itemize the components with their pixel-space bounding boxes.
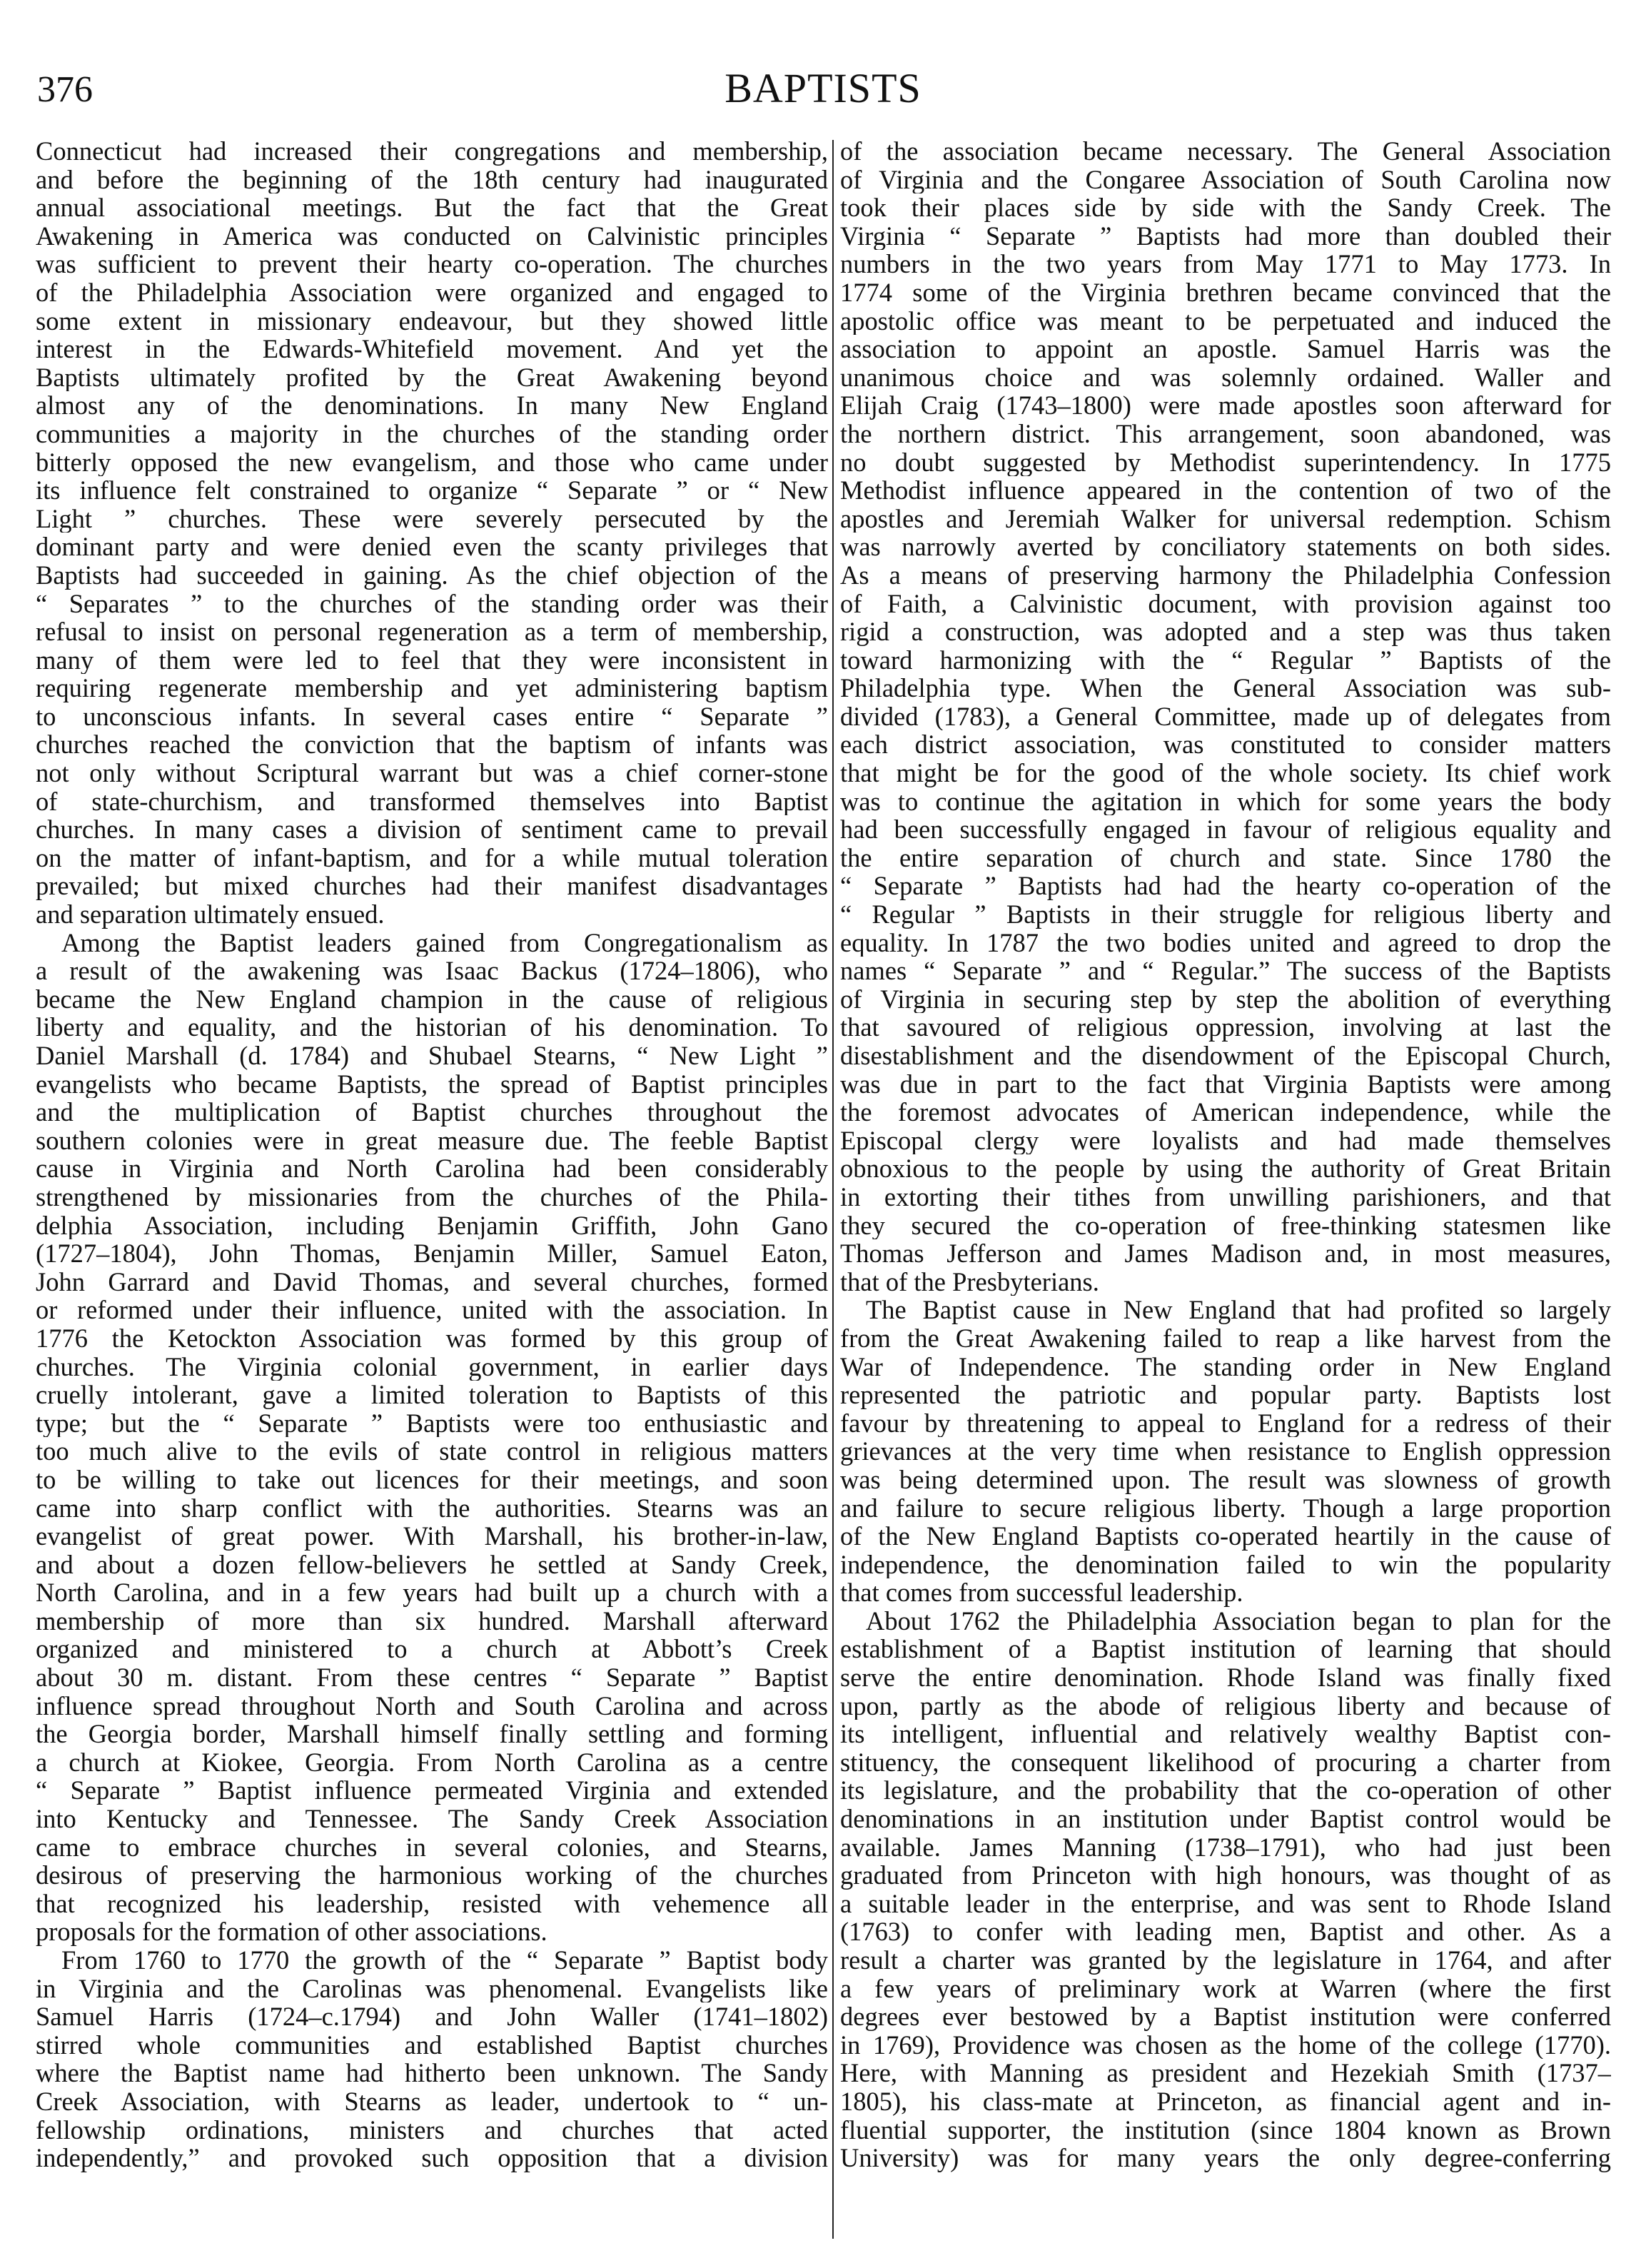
text-line: became the New England champion in the c… [36, 985, 828, 1014]
text-line: that might be for the good of the whole … [840, 759, 1611, 787]
text-line: annual associational meetings. But the f… [36, 193, 828, 222]
text-line: fluential supporter, the institution (si… [840, 2116, 1611, 2144]
text-line: took their places side by side with the … [840, 193, 1611, 222]
text-line: liberty and equality, and the historian … [36, 1013, 828, 1042]
text-line: the Georgia border, Marshall himself fin… [36, 1720, 828, 1748]
text-line: no doubt suggested by Methodist superint… [840, 448, 1611, 477]
text-line: churches reached the conviction that the… [36, 730, 828, 759]
text-line: names “ Separate ” and “ Regular.” The s… [840, 957, 1611, 985]
text-line: divided (1783), a General Committee, mad… [840, 702, 1611, 731]
text-line: degrees ever bestowed by a Baptist insti… [840, 2002, 1611, 2031]
text-line: independence, the denomination failed to… [840, 1551, 1611, 1579]
text-line: bitterly opposed the new evangelism, and… [36, 448, 828, 477]
text-line: association to appoint an apostle. Samue… [840, 335, 1611, 363]
text-line: communities a majority in the churches o… [36, 420, 828, 448]
text-line: toward harmonizing with the “ Regular ” … [840, 646, 1611, 675]
text-line: Episcopal clergy were loyalists and had … [840, 1127, 1611, 1155]
text-line: independently,” and provoked such opposi… [36, 2144, 828, 2172]
text-line: its legislature, and the probability tha… [840, 1776, 1611, 1805]
text-line: of Faith, a Calvinistic document, with p… [840, 590, 1611, 618]
left-column: Connecticut had increased their congrega… [36, 137, 828, 2172]
text-line: John Garrard and David Thomas, and sever… [36, 1268, 828, 1296]
text-line: its influence felt constrained to organi… [36, 476, 828, 505]
running-title: BAPTISTS [0, 66, 1646, 111]
text-line: Virginia “ Separate ” Baptists had more … [840, 222, 1611, 251]
text-line: many of them were led to feel that they … [36, 646, 828, 675]
text-line: was sufficient to prevent their hearty c… [36, 250, 828, 278]
text-line: disestablishment and the disendowment of… [840, 1042, 1611, 1070]
text-line: churches. The Virginia colonial governme… [36, 1353, 828, 1381]
text-line: its intelligent, influential and relativ… [840, 1720, 1611, 1748]
text-line: represented the patriotic and popular pa… [840, 1381, 1611, 1409]
text-line: of the New England Baptists co-operated … [840, 1522, 1611, 1551]
text-line: Baptists had succeeded in gaining. As th… [36, 561, 828, 590]
text-line: from the Great Awakening failed to reap … [840, 1324, 1611, 1353]
text-line: of the association became necessary. The… [840, 137, 1611, 166]
text-line: a suitable leader in the enterprise, and… [840, 1890, 1611, 1918]
text-line: graduated from Princeton with high honou… [840, 1861, 1611, 1890]
text-line: and before the beginning of the 18th cen… [36, 166, 828, 194]
text-line: a few years of preliminary work at Warre… [840, 1975, 1611, 2003]
text-line: the entire separation of church and stat… [840, 844, 1611, 872]
text-line: dominant party and were denied even the … [36, 533, 828, 561]
text-line: and failure to secure religious liberty.… [840, 1494, 1611, 1523]
text-line: The Baptist cause in New England that ha… [840, 1296, 1611, 1324]
text-line: Here, with Manning as president and Heze… [840, 2059, 1611, 2087]
text-line: proposals for the formation of other ass… [36, 1917, 828, 1946]
text-line: About 1762 the Philadelphia Association … [840, 1607, 1611, 1636]
text-line: Samuel Harris (1724–c.1794) and John Wal… [36, 2002, 828, 2031]
text-line: had been successfully engaged in favour … [840, 815, 1611, 844]
text-line: strengthened by missionaries from the ch… [36, 1183, 828, 1211]
text-line: where the Baptist name had hitherto been… [36, 2059, 828, 2087]
text-line: almost any of the denominations. In many… [36, 391, 828, 420]
text-line: 1774 some of the Virginia brethren becam… [840, 278, 1611, 307]
text-line: evangelist of great power. With Marshall… [36, 1522, 828, 1551]
text-line: “ Separate ” Baptist influence permeated… [36, 1776, 828, 1805]
text-line: in extorting their tithes from unwilling… [840, 1183, 1611, 1211]
text-line: North Carolina, and in a few years had b… [36, 1578, 828, 1607]
text-line: of Virginia and the Congaree Association… [840, 166, 1611, 194]
text-line: came into sharp conflict with the author… [36, 1494, 828, 1523]
text-line: on the matter of infant-baptism, and for… [36, 844, 828, 872]
text-line: organized and ministered to a church at … [36, 1635, 828, 1663]
text-line: to be willing to take out licences for t… [36, 1466, 828, 1494]
text-line: type; but the “ Separate ” Baptists were… [36, 1409, 828, 1438]
text-line: membership of more than six hundred. Mar… [36, 1607, 828, 1636]
text-line: Daniel Marshall (d. 1784) and Shubael St… [36, 1042, 828, 1070]
text-line: fellowship ordinations, ministers and ch… [36, 2116, 828, 2144]
text-line: not only without Scriptural warrant but … [36, 759, 828, 787]
text-line: a church at Kiokee, Georgia. From North … [36, 1748, 828, 1777]
text-line: apostolic office was meant to be perpetu… [840, 307, 1611, 336]
text-line: equality. In 1787 the two bodies united … [840, 929, 1611, 957]
text-line: churches. In many cases a division of se… [36, 815, 828, 844]
right-column: of the association became necessary. The… [840, 137, 1611, 2172]
text-line: delphia Association, including Benjamin … [36, 1211, 828, 1240]
text-line: Light ” churches. These were severely pe… [36, 505, 828, 533]
text-line: cause in Virginia and North Carolina had… [36, 1154, 828, 1183]
text-line: “ Separate ” Baptists had had the hearty… [840, 872, 1611, 900]
text-line: Among the Baptist leaders gained from Co… [36, 929, 828, 957]
text-line: evangelists who became Baptists, the spr… [36, 1070, 828, 1099]
text-line: was being determined upon. The result wa… [840, 1466, 1611, 1494]
text-line: available. James Manning (1738–1791), wh… [840, 1833, 1611, 1862]
text-line: denominations in an institution under Ba… [840, 1805, 1611, 1833]
text-line: result a charter was granted by the legi… [840, 1946, 1611, 1975]
text-line: came to embrace churches in several colo… [36, 1833, 828, 1862]
text-line: numbers in the two years from May 1771 t… [840, 250, 1611, 278]
text-line: grievances at the very time when resista… [840, 1437, 1611, 1466]
text-line: that savoured of religious oppression, i… [840, 1013, 1611, 1042]
text-line: each district association, was constitut… [840, 730, 1611, 759]
text-line: that recognized his leadership, resisted… [36, 1890, 828, 1918]
text-line: (1763) to confer with leading men, Bapti… [840, 1917, 1611, 1946]
text-line: stirred whole communities and establishe… [36, 2031, 828, 2060]
text-line: As a means of preserving harmony the Phi… [840, 561, 1611, 590]
text-line: From 1760 to 1770 the growth of the “ Se… [36, 1946, 828, 1975]
column-divider [832, 140, 834, 2239]
text-line: to unconscious infants. In several cases… [36, 702, 828, 731]
text-line: or reformed under their influence, unite… [36, 1296, 828, 1324]
text-line: and separation ultimately ensued. [36, 900, 828, 929]
text-line: southern colonies were in great measure … [36, 1127, 828, 1155]
text-line: that of the Presbyterians. [840, 1268, 1611, 1296]
text-line: of state-churchism, and transformed them… [36, 787, 828, 816]
text-line: was to continue the agitation in which f… [840, 787, 1611, 816]
text-line: in Virginia and the Carolinas was phenom… [36, 1975, 828, 2003]
text-line: Connecticut had increased their congrega… [36, 137, 828, 166]
text-line: refusal to insist on personal regenerati… [36, 618, 828, 646]
text-line: about 30 m. distant. From these centres … [36, 1663, 828, 1692]
text-line: interest in the Edwards-Whitefield movem… [36, 335, 828, 363]
text-line: too much alive to the evils of state con… [36, 1437, 828, 1466]
text-line: Thomas Jefferson and James Madison and, … [840, 1239, 1611, 1268]
text-line: they secured the co-operation of free-th… [840, 1211, 1611, 1240]
text-line: was narrowly averted by conciliatory sta… [840, 533, 1611, 561]
text-line: (1727–1804), John Thomas, Benjamin Mille… [36, 1239, 828, 1268]
text-line: Creek Association, with Stearns as leade… [36, 2087, 828, 2116]
text-line: Methodist influence appeared in the cont… [840, 476, 1611, 505]
text-line: favour by threatening to appeal to Engla… [840, 1409, 1611, 1438]
text-line: and about a dozen fellow-believers he se… [36, 1551, 828, 1579]
text-line: “ Separates ” to the churches of the sta… [36, 590, 828, 618]
text-line: unanimous choice and was solemnly ordain… [840, 363, 1611, 392]
text-line: establishment of a Baptist institution o… [840, 1635, 1611, 1663]
text-line: “ Regular ” Baptists in their struggle f… [840, 900, 1611, 929]
text-line: requiring regenerate membership and yet … [36, 674, 828, 702]
text-line: 1805), his class-mate at Princeton, as f… [840, 2087, 1611, 2116]
text-line: Baptists ultimately profited by the Grea… [36, 363, 828, 392]
text-line: University) was for many years the only … [840, 2144, 1611, 2172]
text-line: serve the entire denomination. Rhode Isl… [840, 1663, 1611, 1692]
text-line: rigid a construction, was adopted and a … [840, 618, 1611, 646]
text-line: cruelly intolerant, gave a limited toler… [36, 1381, 828, 1409]
text-line: Elijah Craig (1743–1800) were made apost… [840, 391, 1611, 420]
text-line: in 1769), Providence was chosen as the h… [840, 2031, 1611, 2060]
text-line: desirous of preserving the harmonious wo… [36, 1861, 828, 1890]
text-line: stituency, the consequent likelihood of … [840, 1748, 1611, 1777]
text-line: prevailed; but mixed churches had their … [36, 872, 828, 900]
text-line: of the Philadelphia Association were org… [36, 278, 828, 307]
text-line: upon, partly as the abode of religious l… [840, 1692, 1611, 1720]
text-line: was due in part to the fact that Virgini… [840, 1070, 1611, 1099]
text-line: War of Independence. The standing order … [840, 1353, 1611, 1381]
text-line: and the multiplication of Baptist church… [36, 1098, 828, 1127]
text-line: Awakening in America was conducted on Ca… [36, 222, 828, 251]
text-line: the foremost advocates of American indep… [840, 1098, 1611, 1127]
text-line: Philadelphia type. When the General Asso… [840, 674, 1611, 702]
text-line: some extent in missionary endeavour, but… [36, 307, 828, 336]
text-line: obnoxious to the people by using the aut… [840, 1154, 1611, 1183]
text-line: a result of the awakening was Isaac Back… [36, 957, 828, 985]
text-line: 1776 the Ketockton Association was forme… [36, 1324, 828, 1353]
text-line: the northern district. This arrangement,… [840, 420, 1611, 448]
text-line: of Virginia in securing step by step the… [840, 985, 1611, 1014]
text-line: into Kentucky and Tennessee. The Sandy C… [36, 1805, 828, 1833]
text-line: apostles and Jeremiah Walker for univers… [840, 505, 1611, 533]
text-line: influence spread throughout North and So… [36, 1692, 828, 1720]
text-line: that comes from successful leadership. [840, 1578, 1611, 1607]
